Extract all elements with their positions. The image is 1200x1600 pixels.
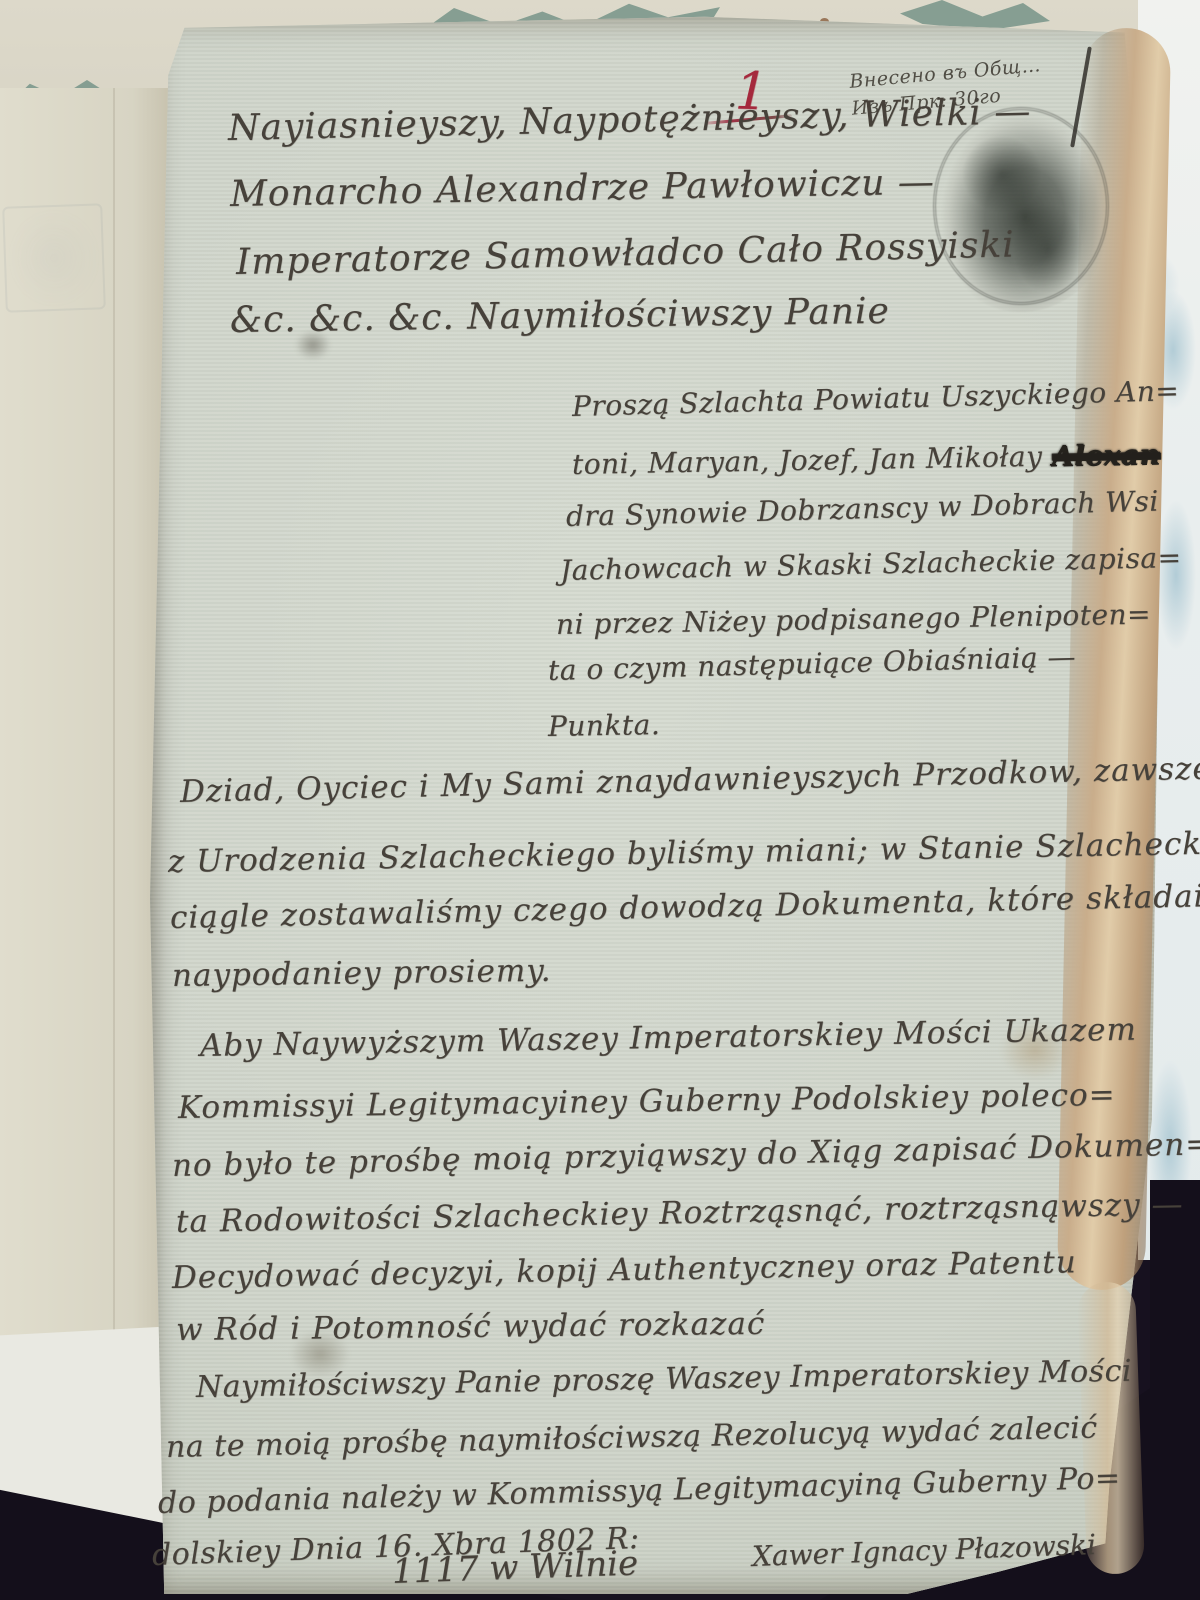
faint-stamp-impression — [2, 203, 106, 312]
body-line: naypodaniey prosiemy. — [172, 953, 552, 994]
struck-name: Alexan — [1051, 438, 1160, 473]
body-line: w Ród i Potomność wydać rozkazać — [176, 1306, 766, 1348]
dark-background — [1150, 1180, 1200, 1600]
manuscript-photo: 1 Внесено въ Общ… Изъ Прк: 30го Nayiasni… — [0, 0, 1200, 1600]
petition-line: Punkta. — [548, 708, 661, 743]
bottom-note: 1117 w Wilnie — [391, 1543, 638, 1592]
blue-watercolor-mark — [1156, 500, 1196, 650]
